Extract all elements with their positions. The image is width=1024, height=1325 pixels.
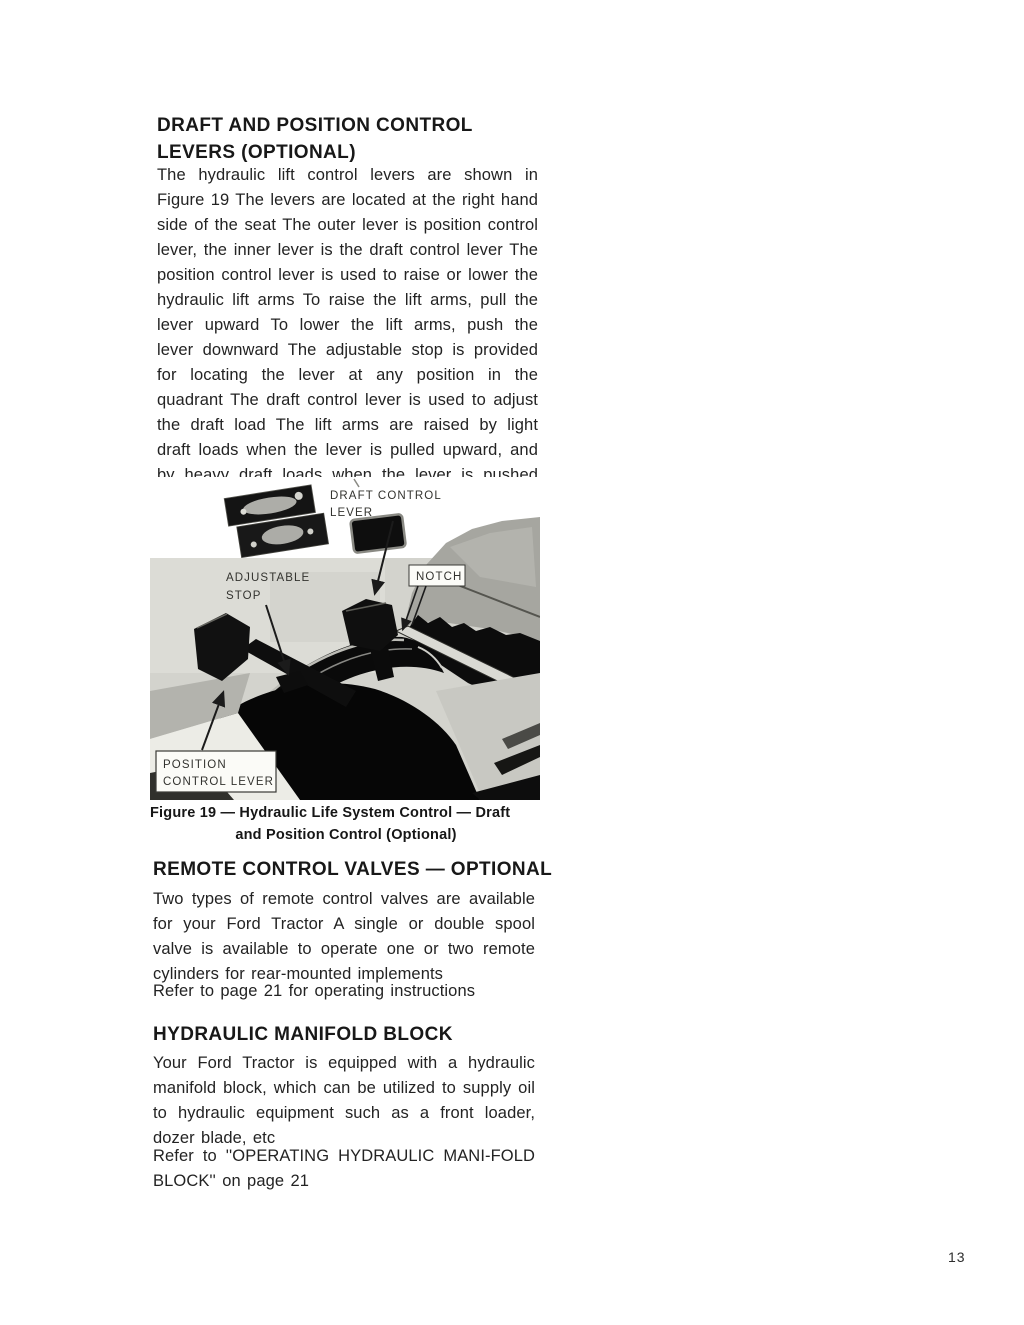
- section-heading-draft-position: DRAFT AND POSITION CONTROL LEVERS (OPTIO…: [157, 112, 557, 166]
- paragraph-manifold-block: Your Ford Tractor is equipped with a hyd…: [153, 1051, 535, 1151]
- figure-19-photo: DRAFT CONTROL LEVER ADJUSTABLE STOP NOTC…: [150, 477, 540, 800]
- label-adjustable-stop-line2: STOP: [226, 590, 262, 602]
- section-heading-remote-valves: REMOTE CONTROL VALVES — OPTIONAL: [153, 856, 573, 883]
- paragraph-remote-valves: Two types of remote control valves are a…: [153, 887, 535, 987]
- seat-bracket: [350, 514, 406, 553]
- label-notch: NOTCH: [416, 571, 462, 583]
- heading-line: DRAFT AND POSITION CONTROL: [157, 112, 557, 139]
- manual-page: { "colors": { "ink": "#1f1f1f", "paper":…: [0, 0, 1024, 1325]
- refer-line-remote: Refer to page 21 for operating instructi…: [153, 979, 535, 1004]
- heading-line: LEVERS (OPTIONAL): [157, 139, 557, 166]
- refer-line-manifold: Refer to ''OPERATING HYDRAULIC MANI-FOLD…: [153, 1144, 535, 1194]
- section-heading-manifold-block: HYDRAULIC MANIFOLD BLOCK: [153, 1021, 573, 1048]
- figure-caption: Figure 19 — Hydraulic Life System Contro…: [150, 802, 542, 846]
- label-draft-control-line1: DRAFT CONTROL: [330, 490, 442, 502]
- figure-caption-line2: and Position Control (Optional): [150, 824, 542, 846]
- label-position-line2: CONTROL LEVER: [163, 776, 274, 788]
- label-adjustable-stop-line1: ADJUSTABLE: [226, 572, 310, 584]
- paragraph-draft-position: The hydraulic lift control levers are sh…: [157, 163, 538, 513]
- label-position-line1: POSITION: [163, 759, 227, 771]
- label-draft-control-line2: LEVER: [330, 507, 373, 519]
- page-number: 13: [948, 1249, 966, 1265]
- figure-caption-line1: Figure 19 — Hydraulic Life System Contro…: [150, 802, 542, 824]
